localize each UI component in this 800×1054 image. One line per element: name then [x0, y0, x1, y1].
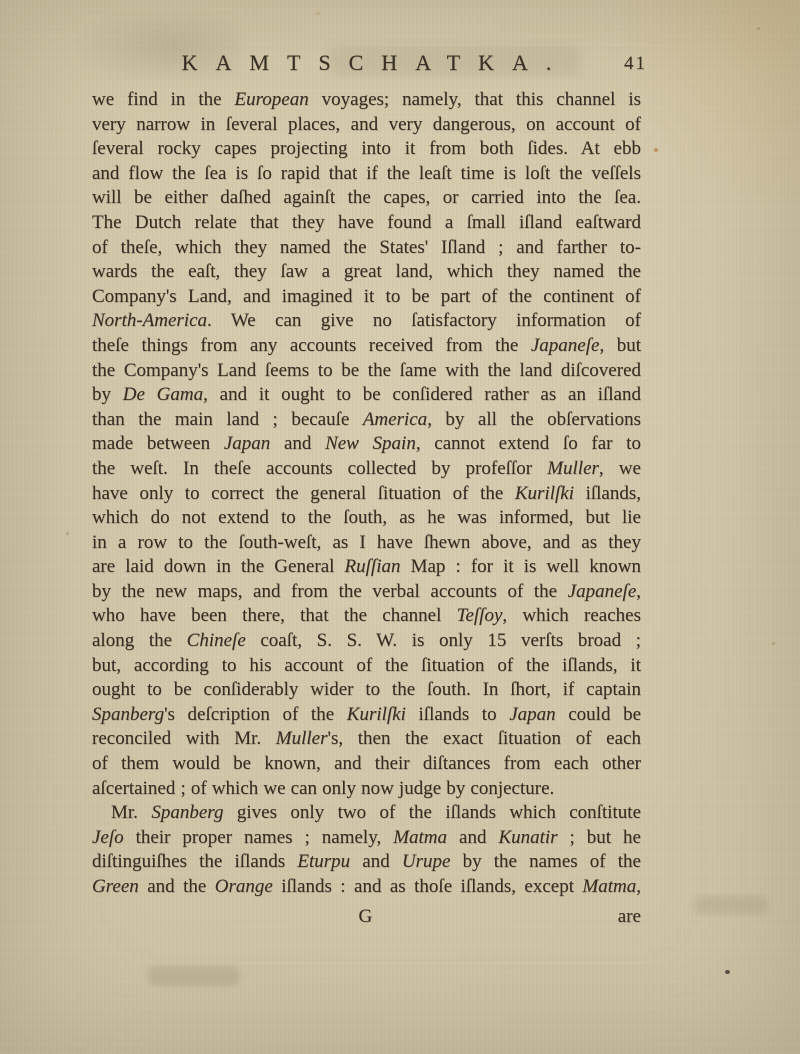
text-segment: 's, then the exact ſituation of each: [328, 728, 641, 749]
text-segment: made between: [92, 433, 224, 454]
text-segment: iſlands : and as thoſe iſlands, except: [273, 876, 583, 897]
italic-text-segment: Orange: [215, 876, 273, 897]
paper-speck: [66, 532, 69, 535]
text-line: theſe things from any accounts received …: [92, 334, 641, 359]
italic-text-segment: Kurilſki: [515, 483, 574, 504]
text-segment: ought to be conſiderably wider to the ſo…: [92, 679, 641, 700]
text-line: of theſe, which they named the States' I…: [92, 236, 641, 261]
text-segment: but, according to his account of the ſit…: [92, 655, 641, 676]
italic-text-segment: Japan: [509, 704, 555, 725]
text-segment: by the names of the: [450, 851, 641, 872]
italic-text-segment: Japan: [224, 433, 270, 454]
text-segment: diſtinguiſhes the iſlands: [92, 851, 297, 872]
italic-text-segment: Kunatir: [498, 827, 557, 848]
page-title: KAMTSCHATKA.: [182, 50, 570, 75]
text-segment: and: [270, 433, 325, 454]
italic-text-segment: Chineſe: [187, 630, 246, 651]
catchword: are: [618, 904, 641, 929]
text-segment: ; but he: [558, 827, 641, 848]
text-segment: ,: [636, 581, 641, 602]
text-segment: the Company's Land ſeems to be the ſame …: [92, 360, 641, 381]
italic-text-segment: European: [234, 89, 308, 110]
italic-text-segment: New Spain: [325, 433, 416, 454]
text-segment: along the: [92, 630, 187, 651]
italic-text-segment: Muller: [276, 728, 328, 749]
text-segment: and: [350, 851, 402, 872]
text-segment: theſe things from any accounts received …: [92, 335, 531, 356]
page-footer: G are: [92, 904, 641, 929]
italic-text-segment: Spanberg: [151, 802, 223, 823]
text-segment: , cannot extend ſo far to: [416, 433, 641, 454]
text-segment: coaſt, S. S. W. is only 15 verſts broad …: [246, 630, 641, 651]
text-segment: . We can give no ſatisfactory informatio…: [207, 310, 641, 331]
paper-speck: [654, 148, 658, 152]
page-number: 41: [624, 53, 647, 75]
text-segment: Mr.: [111, 802, 151, 823]
text-line: of them would be known, and their diſtan…: [92, 752, 641, 777]
text-segment: aſcertained ; of which we can only now j…: [92, 778, 554, 799]
text-segment: voyages; namely, that this channel is: [309, 89, 641, 110]
italic-text-segment: Eturpu: [297, 851, 350, 872]
text-segment: , which reaches: [502, 605, 641, 626]
text-line: but, according to his account of the ſit…: [92, 654, 641, 679]
text-segment: very narrow in ſeveral places, and very …: [92, 114, 641, 135]
text-segment: , and it ought to be conſidered rather a…: [203, 384, 641, 405]
italic-text-segment: Ruſſian: [345, 556, 401, 577]
text-line: which do not extend to the ſouth, as he …: [92, 506, 641, 531]
signature-mark: G: [359, 904, 373, 929]
printed-column: KAMTSCHATKA. 41 we find in the European …: [92, 0, 641, 929]
text-segment: are laid down in the General: [92, 556, 345, 577]
text-segment: and: [447, 827, 498, 848]
italic-text-segment: Teſſoy: [457, 605, 503, 626]
text-segment: Map : for it is well known: [400, 556, 641, 577]
text-line: the Company's Land ſeems to be the ſame …: [92, 359, 641, 384]
text-line: along the Chineſe coaſt, S. S. W. is onl…: [92, 629, 641, 654]
paragraph: we find in the European voyages; namely,…: [92, 88, 641, 801]
text-line: who have been there, that the channel Te…: [92, 604, 641, 629]
text-segment: gives only two of the iſlands which conſ…: [223, 802, 641, 823]
italic-text-segment: Spanberg: [92, 704, 164, 725]
text-segment: ſeveral rocky capes projecting into it f…: [92, 138, 641, 159]
text-line: Mr. Spanberg gives only two of the iſlan…: [92, 801, 641, 826]
text-segment: than the main land ; becauſe: [92, 409, 363, 430]
show-through-ghost: [148, 966, 240, 986]
text-line: we find in the European voyages; namely,…: [92, 88, 641, 113]
text-segment: by: [92, 384, 123, 405]
italic-text-segment: Jeſo: [92, 827, 124, 848]
text-segment: of them would be known, and their diſtan…: [92, 753, 641, 774]
text-segment: will be either daſhed againſt the capes,…: [92, 187, 641, 208]
italic-text-segment: Matma: [582, 876, 636, 897]
text-segment: their proper names ; namely,: [124, 827, 394, 848]
text-segment: and flow the ſea is ſo rapid that if the…: [92, 163, 641, 184]
text-line: very narrow in ſeveral places, and very …: [92, 113, 641, 138]
italic-text-segment: Kurilſki: [347, 704, 406, 725]
text-line: Company's Land, and imagined it to be pa…: [92, 285, 641, 310]
text-segment: iſlands to: [406, 704, 509, 725]
text-line: than the main land ; becauſe America, by…: [92, 408, 641, 433]
italic-text-segment: Matma: [393, 827, 447, 848]
text-line: are laid down in the General Ruſſian Map…: [92, 555, 641, 580]
text-segment: who have been there, that the channel: [92, 605, 457, 626]
italic-text-segment: Green: [92, 876, 139, 897]
text-segment: iſlands,: [574, 483, 641, 504]
text-line: diſtinguiſhes the iſlands Eturpu and Uru…: [92, 850, 641, 875]
text-segment: of theſe, which they named the States' I…: [92, 237, 641, 258]
text-line: reconciled with Mr. Muller's, then the e…: [92, 727, 641, 752]
italic-text-segment: North-America: [92, 310, 207, 331]
text-segment: we find in the: [92, 89, 234, 110]
text-segment: ,: [636, 876, 641, 897]
italic-text-segment: America: [363, 409, 427, 430]
text-line: North-America. We can give no ſatisfacto…: [92, 309, 641, 334]
text-line: Spanberg's deſcription of the Kurilſki i…: [92, 703, 641, 728]
paragraph: Mr. Spanberg gives only two of the iſlan…: [92, 801, 641, 899]
text-line: Green and the Orange iſlands : and as th…: [92, 875, 641, 900]
text-segment: the weſt. In theſe accounts collected by…: [92, 458, 547, 479]
text-line: Jeſo their proper names ; namely, Matma …: [92, 826, 641, 851]
text-line: the weſt. In theſe accounts collected by…: [92, 457, 641, 482]
text-line: aſcertained ; of which we can only now j…: [92, 777, 641, 802]
running-head: KAMTSCHATKA. 41: [92, 50, 641, 76]
text-segment: wards the eaſt, they ſaw a great land, w…: [92, 261, 641, 282]
text-segment: The Dutch relate that they have found a …: [92, 212, 641, 233]
text-line: in a row to the ſouth-weſt, as I have ſh…: [92, 531, 641, 556]
text-segment: could be: [556, 704, 641, 725]
italic-text-segment: Urupe: [402, 851, 451, 872]
text-segment: which do not extend to the ſouth, as he …: [92, 507, 641, 528]
text-segment: , but: [599, 335, 641, 356]
text-block: we find in the European voyages; namely,…: [92, 88, 641, 900]
text-line: by the new maps, and from the verbal acc…: [92, 580, 641, 605]
text-line: ſeveral rocky capes projecting into it f…: [92, 137, 641, 162]
text-segment: 's deſcription of the: [164, 704, 347, 725]
paper-speck: [757, 27, 760, 30]
text-segment: , we: [599, 458, 641, 479]
text-segment: Company's Land, and imagined it to be pa…: [92, 286, 641, 307]
text-line: by De Gama, and it ought to be conſidere…: [92, 383, 641, 408]
text-line: and flow the ſea is ſo rapid that if the…: [92, 162, 641, 187]
text-segment: reconciled with Mr.: [92, 728, 276, 749]
text-line: made between Japan and New Spain, cannot…: [92, 432, 641, 457]
paper-speck: [725, 970, 730, 974]
italic-text-segment: Muller: [547, 458, 599, 479]
text-segment: have only to correct the general ſituati…: [92, 483, 515, 504]
text-segment: in a row to the ſouth-weſt, as I have ſh…: [92, 532, 641, 553]
italic-text-segment: Japaneſe: [531, 335, 600, 356]
italic-text-segment: De Gama: [123, 384, 203, 405]
text-line: will be either daſhed againſt the capes,…: [92, 186, 641, 211]
text-line: have only to correct the general ſituati…: [92, 482, 641, 507]
text-line: wards the eaſt, they ſaw a great land, w…: [92, 260, 641, 285]
text-segment: by the new maps, and from the verbal acc…: [92, 581, 568, 602]
show-through-ghost: [694, 896, 768, 914]
text-line: ought to be conſiderably wider to the ſo…: [92, 678, 641, 703]
paper-speck: [772, 642, 775, 645]
italic-text-segment: Japaneſe: [568, 581, 637, 602]
text-segment: and the: [139, 876, 215, 897]
text-line: The Dutch relate that they have found a …: [92, 211, 641, 236]
text-segment: , by all the obſervations: [427, 409, 641, 430]
